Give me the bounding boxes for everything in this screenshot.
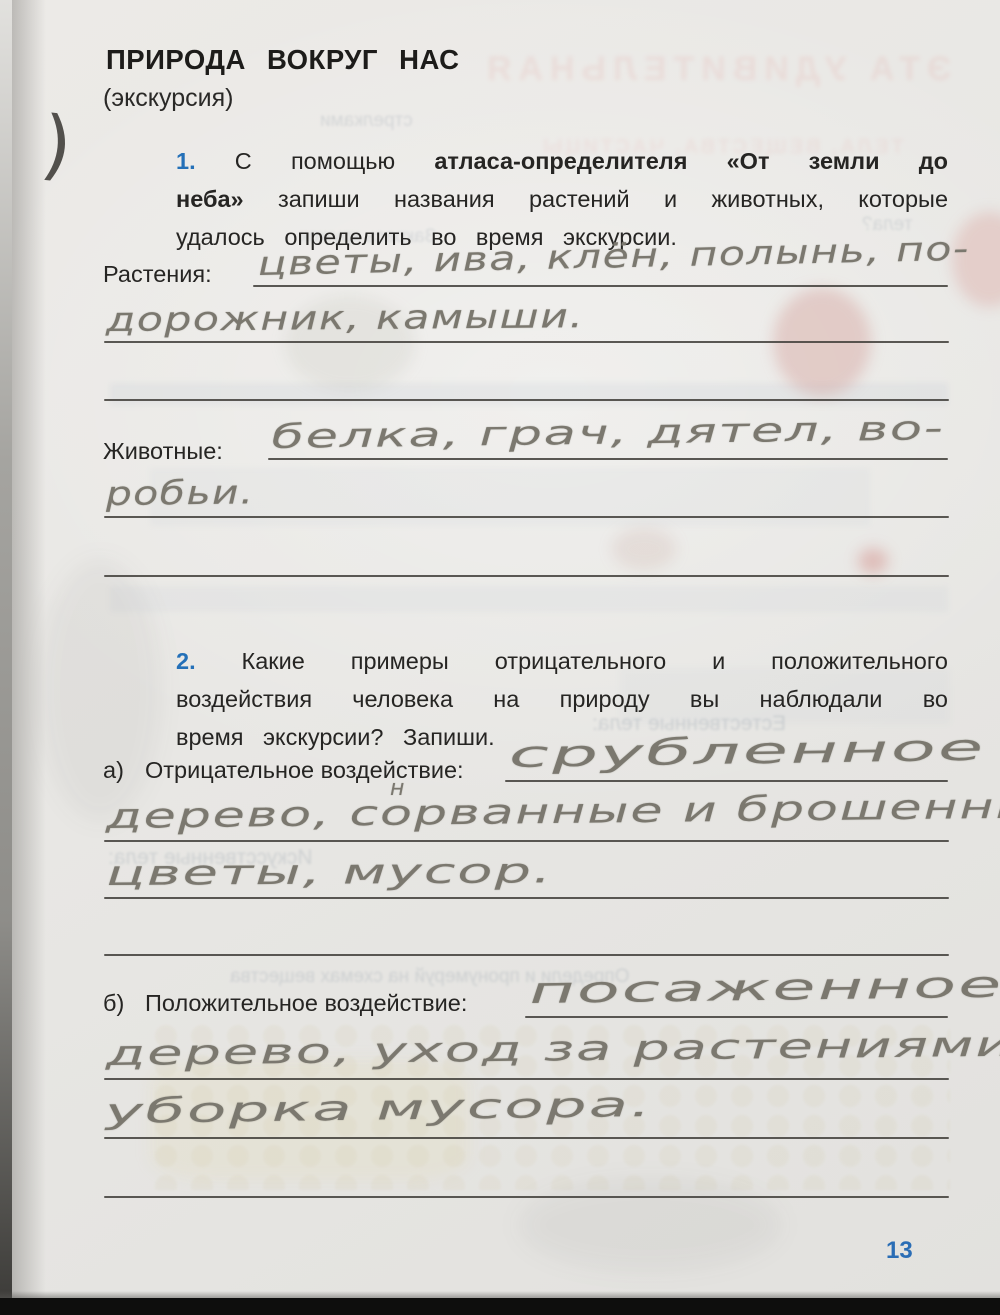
task2-line1: 2. Какие примеры отрицательного и положи… — [176, 642, 948, 680]
scan-bottom-shadow — [0, 1291, 1000, 1298]
answer-line — [104, 341, 949, 343]
task2-number: 2. — [176, 648, 196, 674]
scan-left-edge — [0, 0, 12, 1315]
ghost-overleaf-title: ЭТА УДИВИТЕЛЬНАЯ — [480, 50, 951, 89]
negative-impact-row: а)Отрицательное воздействие: — [103, 757, 464, 784]
task1-line2: неба» запиши названия растений и животны… — [176, 180, 948, 218]
answer-line — [268, 458, 948, 460]
page-fold-shadow — [12, 0, 46, 1315]
positive-impact-row: б)Положительное воздействие: — [103, 990, 467, 1017]
task1-text-bold: неба» — [176, 186, 244, 212]
positive-impact-letter: б) — [103, 990, 145, 1017]
plants-label: Растения: — [103, 261, 212, 288]
scan-bottom-edge — [0, 1298, 1000, 1315]
animals-label: Животные: — [103, 438, 223, 465]
task2-text: воздействия человека на природу вы наблю… — [176, 686, 948, 712]
task1-line1: 1. С помощью атласа-определителя «От зем… — [176, 142, 948, 180]
positive-impact-title: Положительное воздействие: — [145, 990, 467, 1016]
positive-handwriting-1: посаженное — [528, 965, 1000, 1012]
answer-line — [104, 840, 949, 842]
negative-impact-letter: а) — [103, 757, 145, 784]
answer-line — [104, 954, 949, 956]
bleed-blob — [612, 528, 676, 570]
animals-handwriting-1: белка, грач, дятел, во- — [271, 408, 945, 456]
animals-handwriting-2: робьи. — [105, 472, 254, 513]
answer-line — [505, 780, 948, 782]
plants-handwriting-2: дорожник, камыши. — [105, 296, 584, 339]
negative-handwriting-2: дерево, сорванные и брошенные — [105, 786, 1000, 837]
task1-text-bold: атласа-определителя «От земли до — [434, 148, 948, 174]
answer-line — [104, 399, 949, 401]
answer-line — [104, 1078, 949, 1080]
task2-text: время экскурсии? Запиши. — [176, 724, 495, 750]
task1-text: С помощью — [235, 148, 395, 174]
workbook-page-scan: ЭТА УДИВИТЕЛЬНАЯ ТЕЛА, ВЕЩЕСТВА, ЧАСТИЦЫ… — [0, 0, 1000, 1315]
answer-line — [104, 1196, 949, 1198]
answer-line — [525, 1016, 948, 1018]
answer-line — [253, 285, 948, 287]
negative-impact-title: Отрицательное воздействие: — [145, 757, 464, 783]
scan-stain — [520, 1180, 780, 1270]
bleed-blob-red — [858, 548, 888, 574]
bleed-band — [110, 586, 948, 612]
task1-number: 1. — [176, 148, 196, 174]
positive-handwriting-3: уборка мусора. — [104, 1085, 653, 1132]
task2-line2: воздействия человека на природу вы наблю… — [176, 680, 948, 718]
answer-line — [104, 897, 949, 899]
page-subtitle: (экскурсия) — [103, 84, 233, 113]
negative-insertion-mark: н — [390, 776, 405, 801]
task2-text: Какие примеры отрицательного и положител… — [242, 648, 948, 674]
page-title: ПРИРОДА ВОКРУГ НАС — [106, 44, 460, 76]
negative-handwriting-1: срубленное — [507, 728, 986, 776]
task1-text: запиши названия растений и животных, кот… — [278, 186, 948, 212]
answer-line — [104, 1137, 949, 1139]
page-number: 13 — [886, 1237, 913, 1265]
answer-line — [104, 575, 949, 577]
negative-handwriting-3: цветы, мусор. — [105, 851, 553, 894]
ghost-arrows-text: стрелками — [320, 110, 413, 132]
answer-line — [104, 516, 949, 518]
